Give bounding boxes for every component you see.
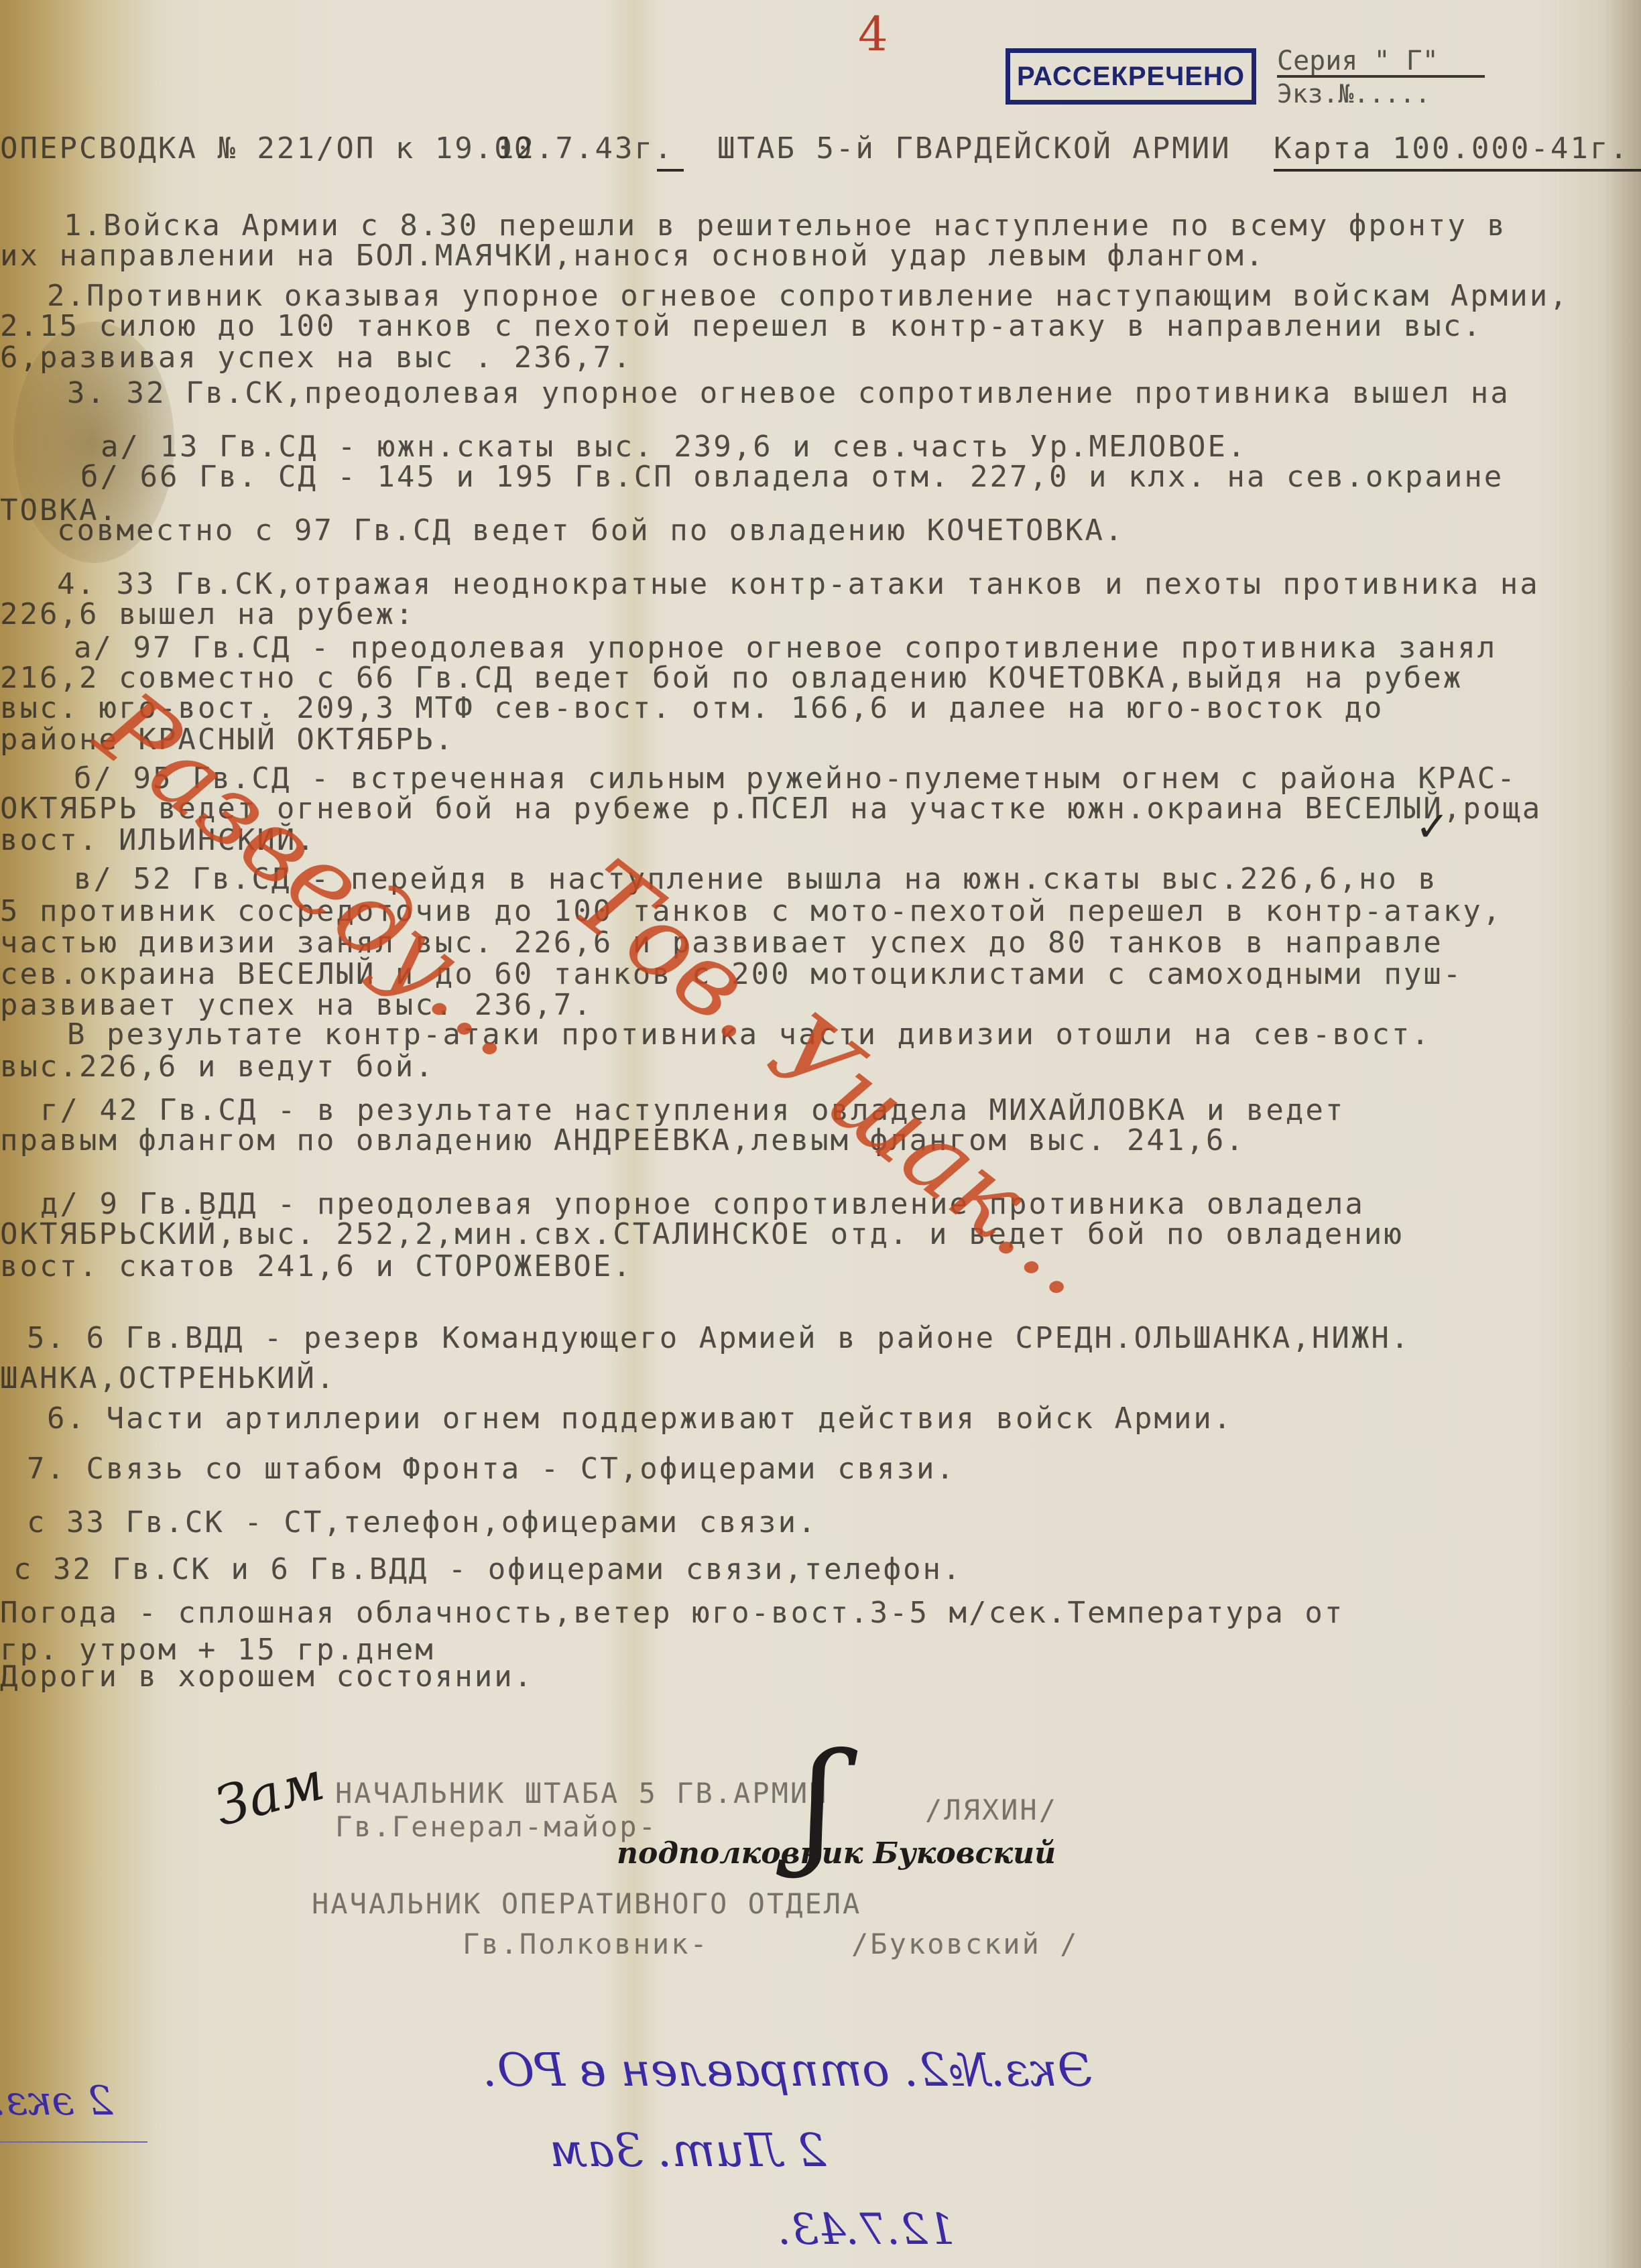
body-line: 7. Связь со штабом Фронта - СТ,офицерами… bbox=[27, 1454, 956, 1484]
header-date: 12.7.43г. bbox=[496, 134, 674, 164]
body-line: Дороги в хорошем состоянии. bbox=[0, 1662, 534, 1692]
copy-label: Экз.№..... bbox=[1277, 79, 1431, 109]
body-line: 2.Противник оказывая упорное огневое соп… bbox=[47, 281, 1569, 311]
body-line: вост. скатов 241,6 и СТОРОЖЕВОЕ. bbox=[0, 1252, 633, 1281]
body-line: их направлении на БОЛ.МАЯЧКИ,нанося осно… bbox=[0, 241, 1265, 271]
body-line: Погода - сплошная облачность,ветер юго-в… bbox=[0, 1598, 1344, 1628]
header-report-id: ОПЕРСВОДКА № 221/ОП к 19.00 bbox=[0, 134, 534, 164]
ops-dept-title: НАЧАЛЬНИК ОПЕРАТИВНОГО ОТДЕЛА bbox=[312, 1890, 861, 1918]
body-line: а/ 13 Гв.СД - южн.скаты выс. 239,6 и сев… bbox=[101, 432, 1247, 462]
body-line: 1.Войска Армии с 8.30 перешли в решитель… bbox=[64, 211, 1507, 241]
body-line: правым флангом по овладению АНДРЕЕВКА,ле… bbox=[0, 1126, 1245, 1155]
divider bbox=[1277, 75, 1485, 78]
body-line: 5. 6 Гв.ВДД - резерв Командующего Армией… bbox=[27, 1324, 1410, 1353]
chief-of-staff-title: НАЧАЛЬНИК ШТАБА 5 ГВ.АРМИИ bbox=[335, 1779, 828, 1808]
header-map: Карта 100.000-41г. bbox=[1274, 134, 1630, 164]
margin-underline bbox=[0, 2141, 147, 2143]
header-hq: ШТАБ 5-й ГВАРДЕЙСКОЙ АРМИИ bbox=[717, 134, 1231, 164]
blue-annotation-margin: 2 экз. bbox=[0, 2078, 113, 2125]
body-line: совместно с 97 Гв.СД ведет бой по овладе… bbox=[57, 516, 1124, 546]
body-line: ОКТЯБРЬСКИЙ,выс. 252,2,мин.свх.СТАЛИНСКО… bbox=[0, 1220, 1404, 1249]
body-line: а/ 97 Гв.СД - преодолевая упорное огнево… bbox=[74, 633, 1497, 663]
blue-annotation-line1: Экз.№2. отправлен в РО. bbox=[483, 2044, 1092, 2097]
body-line: с 33 Гв.СК - СТ,телефон,офицерами связи. bbox=[27, 1508, 818, 1537]
body-line: д/ 9 Гв.ВДД - преодолевая упорное сопрот… bbox=[40, 1190, 1365, 1219]
date-underline bbox=[657, 169, 684, 172]
checkmark-icon: ✓ bbox=[1418, 798, 1446, 853]
body-line: 6. Части артиллерии огнем поддерживают д… bbox=[47, 1404, 1233, 1434]
ops-dept-name: /Буковский / bbox=[851, 1930, 1079, 1958]
chief-of-staff-rank: Гв.Генерал-майор- bbox=[335, 1813, 658, 1841]
ops-dept-rank: Гв.Полковник- bbox=[463, 1930, 709, 1958]
body-line: 2.15 силою до 100 танков с пехотой переш… bbox=[0, 312, 1483, 341]
page-number: 4 bbox=[858, 7, 888, 62]
body-line: 5 противник сосредоточив до 100 танков с… bbox=[0, 897, 1502, 926]
body-line: б/ 66 Гв. СД - 145 и 195 Гв.СП овладела … bbox=[80, 462, 1504, 492]
archival-document-page: 4 РАССЕКРЕЧЕНО Серия " Г" Экз.№..... ОПЕ… bbox=[0, 0, 1641, 2268]
blue-annotation-line2: 2 Лит. Зам bbox=[550, 2125, 826, 2178]
body-line: г/ 42 Гв.СД - в результате наступления о… bbox=[40, 1096, 1345, 1125]
series-label: Серия " Г" bbox=[1277, 46, 1439, 76]
map-underline bbox=[1274, 169, 1641, 172]
body-line: выс.226,6 и ведут бой. bbox=[0, 1052, 435, 1082]
stain bbox=[1602, 0, 1641, 2268]
signature-flourish: ʃ bbox=[801, 1736, 837, 1870]
body-line: 216,2 совместно с 66 Гв.СД ведет бой по … bbox=[0, 664, 1463, 693]
body-line: 3. 32 Гв.СК,преодолевая упорное огневое … bbox=[67, 379, 1510, 408]
handwritten-zam: Зам bbox=[208, 1749, 330, 1838]
body-line: 4. 33 Гв.СК,отражая неоднократные контр-… bbox=[57, 570, 1540, 599]
body-line: ШАНКА,ОСТРЕНЬКИЙ. bbox=[0, 1364, 336, 1393]
body-line: с 32 Гв.СК и 6 Гв.ВДД - офицерами связи,… bbox=[13, 1555, 963, 1584]
blue-annotation-line3: 12.7.43. bbox=[778, 2205, 955, 2255]
declassified-stamp: РАССЕКРЕЧЕНО bbox=[1006, 48, 1256, 105]
chief-of-staff-name: /ЛЯХИН/ bbox=[925, 1796, 1058, 1824]
body-line: 226,6 вышел на рубеж: bbox=[0, 600, 415, 629]
body-line: 6,развивая успех на выс . 236,7. bbox=[0, 343, 633, 373]
